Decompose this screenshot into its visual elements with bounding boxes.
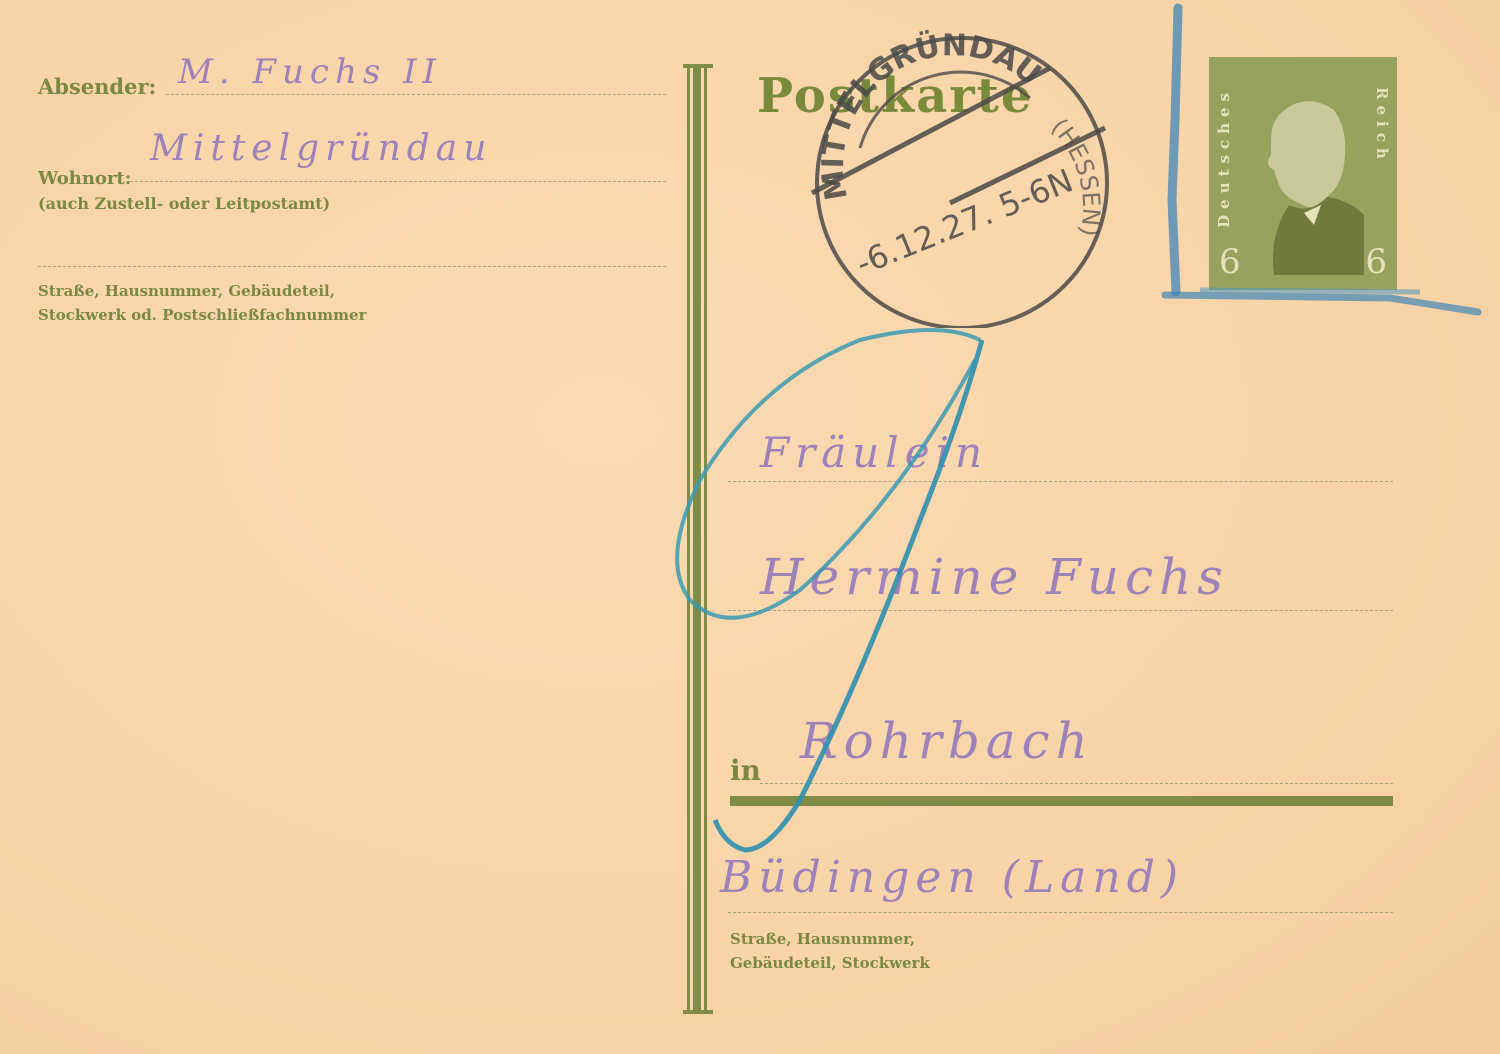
- recipient-street-hint-1: Straße, Hausnummer,: [730, 928, 915, 950]
- sender-street-hint-2: Stockwerk od. Postschließfachnummer: [38, 304, 367, 326]
- wohnort-handwriting: Mittelgründau: [150, 128, 492, 169]
- street-line: [38, 266, 666, 267]
- portrait-icon: [1249, 85, 1364, 275]
- wohnort-line: [130, 181, 666, 182]
- absender-label: Absender:: [38, 74, 156, 99]
- postage-stamp: Deutsches Reich 6 6: [1209, 57, 1397, 290]
- absender-handwriting: M. Fuchs II: [178, 52, 442, 92]
- city-underline: [730, 796, 1393, 806]
- recipient-rule-1: [728, 481, 1393, 482]
- stamp-value-right: 6: [1365, 242, 1387, 282]
- postcard: Absender: M. Fuchs II Wohnort: (auch Zus…: [0, 0, 1500, 1054]
- postkarte-title: Postkarte: [757, 68, 1033, 124]
- recipient-line-2: Hermine Fuchs: [760, 548, 1229, 606]
- in-label: in: [730, 754, 761, 787]
- recipient-rule-4: [728, 912, 1393, 913]
- absender-line: [166, 94, 666, 95]
- wohnort-hint: (auch Zustell- oder Leitpostamt): [38, 194, 330, 213]
- recipient-rule-3: [760, 783, 1393, 784]
- postmark-region: (HESSEN): [1046, 113, 1106, 239]
- sender-street-hint-1: Straße, Hausnummer, Gebäudeteil,: [38, 280, 335, 302]
- wohnort-label: Wohnort:: [38, 168, 131, 189]
- recipient-line-1: Fräulein: [760, 428, 988, 477]
- recipient-rule-2: [728, 610, 1393, 611]
- recipient-street-hint-2: Gebäudeteil, Stockwerk: [730, 952, 930, 974]
- postmark-date: -6.12.27. 5-6N: [851, 161, 1079, 282]
- svg-text:(HESSEN): (HESSEN): [1046, 113, 1106, 239]
- recipient-city: Rohrbach: [800, 712, 1094, 770]
- stamp-left-text: Deutsches: [1215, 87, 1233, 228]
- recipient-line-4: Büdingen (Land): [720, 852, 1184, 903]
- center-divider: [683, 64, 713, 1014]
- stamp-right-text: Reich: [1373, 87, 1391, 165]
- stamp-value-left: 6: [1219, 242, 1241, 282]
